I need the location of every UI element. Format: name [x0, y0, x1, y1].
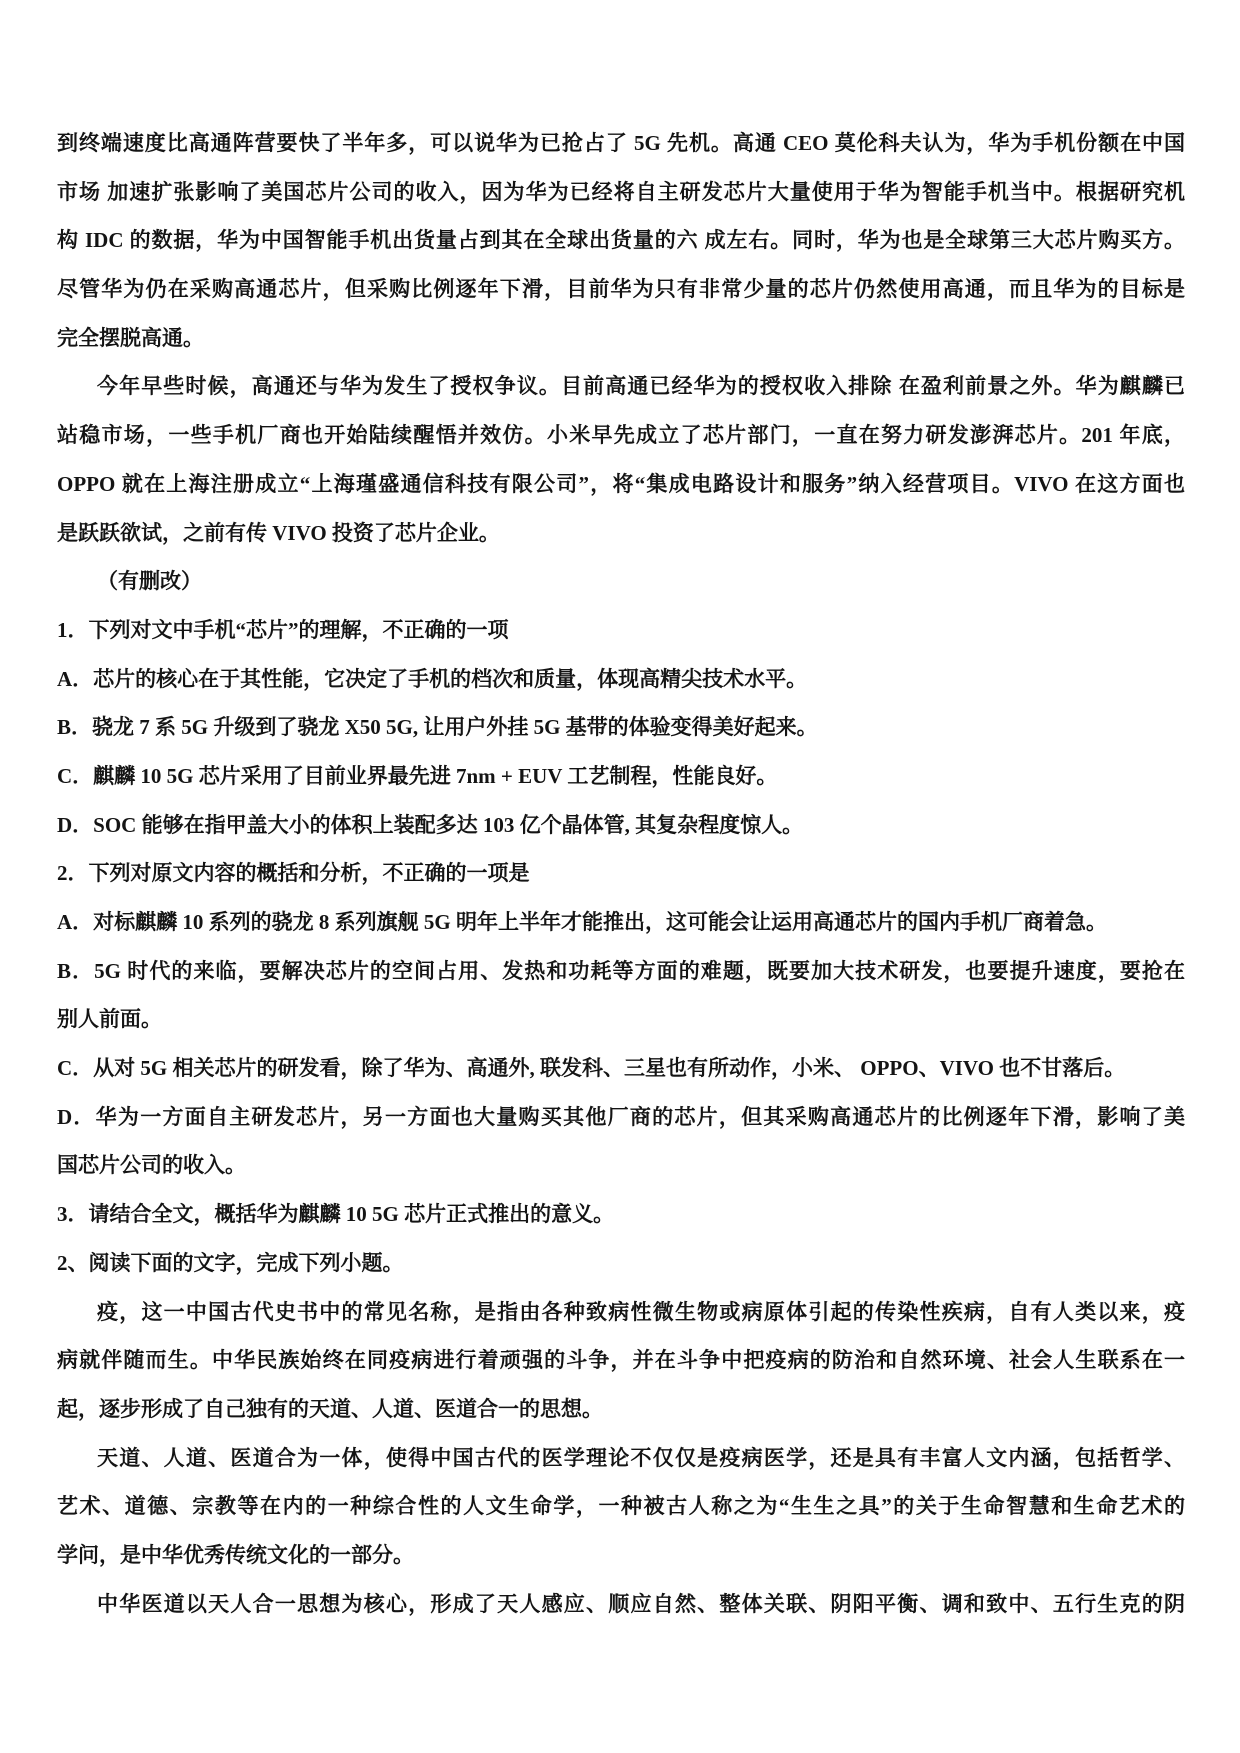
text-line: 天道、人道、医道合为一体，使得中国古代的医学理论不仅仅是疫病医学，还是具有丰富人… — [57, 1434, 1185, 1483]
text-line: 尽管华为仍在采购高通芯片，但采购比例逐年下滑，目前华为只有非常少量的芯片仍然使用… — [57, 265, 1185, 314]
text-line: 中华医道以天人合一思想为核心，形成了天人感应、顺应自然、整体关联、阴阳平衡、调和… — [57, 1580, 1185, 1629]
scanned-document-page: 到终端速度比高通阵营要快了半年多，可以说华为已抢占了 5G 先机。高通 CEO … — [0, 0, 1240, 1753]
question-1-option-d: D．SOC 能够在指甲盖大小的体积上装配多达 103 亿个晶体管, 其复杂程度惊… — [57, 801, 1185, 850]
text-line: 艺术、道德、宗教等在内的一种综合性的人文生命学，一种被古人称之为“生生之具”的关… — [57, 1482, 1185, 1531]
document-text-body: 到终端速度比高通阵营要快了半年多，可以说华为已抢占了 5G 先机。高通 CEO … — [57, 119, 1185, 1628]
question-3-stem: 3．请结合全文，概括华为麒麟 10 5G 芯片正式推出的意义。 — [57, 1190, 1185, 1239]
text-line: 疫，这一中国古代史书中的常见名称，是指由各种致病性微生物或病原体引起的传染性疾病… — [57, 1288, 1185, 1337]
text-line: 站稳市场，一些手机厂商也开始陆续醒悟并效仿。小米早先成立了芯片部门，一直在努力研… — [57, 411, 1185, 460]
text-line: 是跃跃欲试，之前有传 VIVO 投资了芯片企业。 — [57, 509, 1185, 558]
text-line: 构 IDC 的数据，华为中国智能手机出货量占到其在全球出货量的六 成左右。同时，… — [57, 216, 1185, 265]
text-line: 市场 加速扩张影响了美国芯片公司的收入，因为华为已经将自主研发芯片大量使用于华为… — [57, 168, 1185, 217]
section-2-heading: 2、阅读下面的文字，完成下列小题。 — [57, 1239, 1185, 1288]
question-2-option-c: C．从对 5G 相关芯片的研发看，除了华为、高通外, 联发科、三星也有所动作，小… — [57, 1044, 1185, 1093]
text-line: 今年早些时候，高通还与华为发生了授权争议。目前高通已经华为的授权收入排除 在盈利… — [57, 362, 1185, 411]
question-1-stem: 1．下列对文中手机“芯片”的理解，不正确的一项 — [57, 606, 1185, 655]
question-1-option-b: B．骁龙 7 系 5G 升级到了骁龙 X50 5G, 让用户外挂 5G 基带的体… — [57, 703, 1185, 752]
question-1-option-c: C．麒麟 10 5G 芯片采用了目前业界最先进 7nm + EUV 工艺制程，性… — [57, 752, 1185, 801]
text-line: OPPO 就在上海注册成立“上海瑾盛通信科技有限公司”，将“集成电路设计和服务”… — [57, 460, 1185, 509]
question-2-option-d: D．华为一方面自主研发芯片，另一方面也大量购买其他厂商的芯片，但其采购高通芯片的… — [57, 1093, 1185, 1142]
text-line: 完全摆脱高通。 — [57, 314, 1185, 363]
text-line: 到终端速度比高通阵营要快了半年多，可以说华为已抢占了 5G 先机。高通 CEO … — [57, 119, 1185, 168]
question-1-option-a: A．芯片的核心在于其性能，它决定了手机的档次和质量，体现高精尖技术水平。 — [57, 655, 1185, 704]
question-2-option-d-cont: 国芯片公司的收入。 — [57, 1141, 1185, 1190]
question-2-option-a: A．对标麒麟 10 系列的骁龙 8 系列旗舰 5G 明年上半年才能推出，这可能会… — [57, 898, 1185, 947]
question-2-option-b: B．5G 时代的来临，要解决芯片的空间占用、发热和功耗等方面的难题，既要加大技术… — [57, 947, 1185, 996]
source-note-line: （有删改） — [57, 557, 1185, 606]
question-2-option-b-cont: 别人前面。 — [57, 995, 1185, 1044]
text-line: 学问，是中华优秀传统文化的一部分。 — [57, 1531, 1185, 1580]
text-line: 病就伴随而生。中华民族始终在同疫病进行着顽强的斗争，并在斗争中把疫病的防治和自然… — [57, 1336, 1185, 1385]
text-line: 起，逐步形成了自己独有的天道、人道、医道合一的思想。 — [57, 1385, 1185, 1434]
question-2-stem: 2．下列对原文内容的概括和分析，不正确的一项是 — [57, 849, 1185, 898]
